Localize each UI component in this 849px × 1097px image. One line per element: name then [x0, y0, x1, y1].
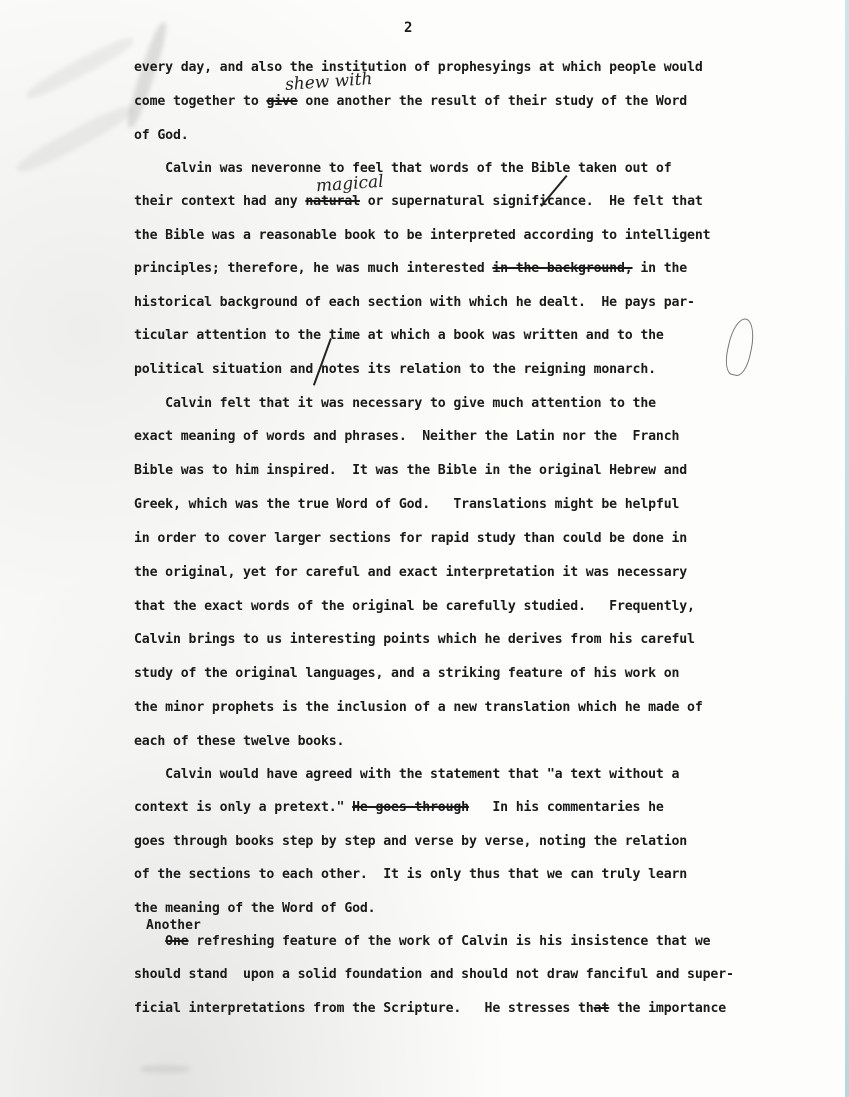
- line-text: exact meaning of words and phrases. Neit…: [134, 429, 679, 444]
- line-text: Greek, which was the true Word of God. T…: [134, 497, 679, 512]
- struck-text: give: [266, 94, 297, 109]
- line-text: in the: [633, 261, 688, 276]
- text-line: each of these twelve books.: [134, 734, 344, 750]
- struck-text: at: [594, 1001, 610, 1016]
- text-line: come together to give one another the re…: [134, 94, 687, 110]
- text-line: historical background of each section wi…: [134, 295, 695, 311]
- line-text: Bible was to him inspired. It was the Bi…: [134, 463, 687, 478]
- struck-text: in the background,: [492, 261, 632, 276]
- line-text: study of the original languages, and a s…: [134, 666, 679, 681]
- text-line: of the sections to each other. It is onl…: [134, 867, 687, 883]
- handwritten-correction: magical: [315, 172, 384, 197]
- line-text: their context had any: [134, 194, 305, 209]
- text-line: Greek, which was the true Word of God. T…: [134, 497, 679, 513]
- line-text: Calvin was neveronne to feel that words …: [134, 161, 671, 176]
- line-text: of God.: [134, 128, 189, 143]
- line-text: refreshing feature of the work of Calvin…: [189, 934, 711, 949]
- typed-insertion: Another: [146, 918, 201, 933]
- smudge-mark: [140, 1065, 190, 1073]
- text-line: ticular attention to the time at which a…: [134, 328, 664, 344]
- line-text: principles; therefore, he was much inter…: [134, 261, 492, 276]
- text-line: the meaning of the Word of God.: [134, 901, 375, 917]
- scan-edge: [845, 0, 849, 1097]
- line-text: the minor prophets is the inclusion of a…: [134, 700, 703, 715]
- line-text: ficial interpretations from the Scriptur…: [134, 1001, 594, 1016]
- text-line: the Bible was a reasonable book to be in…: [134, 228, 710, 244]
- line-text: Calvin felt that it was necessary to giv…: [134, 396, 656, 411]
- text-line: Calvin was neveronne to feel that words …: [134, 161, 671, 177]
- text-line: goes through books step by step and vers…: [134, 834, 687, 850]
- text-line: every day, and also the institution of p…: [134, 60, 703, 76]
- line-text: of the sections to each other. It is onl…: [134, 867, 687, 882]
- text-line: of God.: [134, 128, 189, 144]
- text-line: principles; therefore, he was much inter…: [134, 261, 687, 277]
- line-text: the meaning of the Word of God.: [134, 901, 375, 916]
- line-text: every day, and also the institution of p…: [134, 60, 703, 75]
- text-line: the original, yet for careful and exact …: [134, 565, 687, 581]
- text-line: that the exact words of the original be …: [134, 599, 695, 615]
- text-line: Calvin would have agreed with the statem…: [134, 767, 679, 783]
- line-text: should stand upon a solid foundation and…: [134, 967, 734, 982]
- text-line: their context had any natural or superna…: [134, 194, 703, 210]
- line-text: ticular attention to the time at which a…: [134, 328, 664, 343]
- line-text: In his commentaries he: [469, 800, 664, 815]
- page-number: 2: [404, 20, 412, 36]
- text-line: exact meaning of words and phrases. Neit…: [134, 429, 679, 445]
- line-text: or supernatural significance. He felt th…: [360, 194, 703, 209]
- text-line: study of the original languages, and a s…: [134, 666, 679, 682]
- text-line: ficial interpretations from the Scriptur…: [134, 1001, 726, 1017]
- text-line: in order to cover larger sections for ra…: [134, 531, 687, 547]
- line-text: the Bible was a reasonable book to be in…: [134, 228, 710, 243]
- line-text: the importance: [609, 1001, 726, 1016]
- line-text: political situation and notes its relati…: [134, 362, 656, 377]
- line-text: goes through books step by step and vers…: [134, 834, 687, 849]
- line-text: come together to: [134, 94, 266, 109]
- text-line: Calvin felt that it was necessary to giv…: [134, 396, 656, 412]
- line-text: Calvin brings to us interesting points w…: [134, 632, 695, 647]
- line-text: one another the result of their study of…: [298, 94, 687, 109]
- document-page: 2 every day, and also the institution of…: [0, 0, 849, 1097]
- line-text: historical background of each section wi…: [134, 295, 695, 310]
- smudge-mark: [13, 101, 136, 178]
- text-line: Bible was to him inspired. It was the Bi…: [134, 463, 687, 479]
- struck-text: One: [165, 934, 188, 949]
- struck-text: He goes through: [352, 800, 469, 815]
- struck-text: natural: [305, 194, 360, 209]
- line-text: that the exact words of the original be …: [134, 599, 695, 614]
- line-text: [134, 934, 165, 949]
- text-line: political situation and notes its relati…: [134, 362, 656, 378]
- line-text: the original, yet for careful and exact …: [134, 565, 687, 580]
- text-line: Calvin brings to us interesting points w…: [134, 632, 695, 648]
- text-line: One refreshing feature of the work of Ca…: [134, 934, 710, 950]
- smudge-mark: [23, 33, 136, 103]
- line-text: each of these twelve books.: [134, 734, 344, 749]
- text-line: should stand upon a solid foundation and…: [134, 967, 734, 983]
- text-line: context is only a pretext." He goes thro…: [134, 800, 664, 816]
- line-text: Calvin would have agreed with the statem…: [134, 767, 679, 782]
- margin-scribble-mark: [722, 316, 758, 378]
- line-text: in order to cover larger sections for ra…: [134, 531, 687, 546]
- line-text: context is only a pretext.": [134, 800, 352, 815]
- text-line: the minor prophets is the inclusion of a…: [134, 700, 703, 716]
